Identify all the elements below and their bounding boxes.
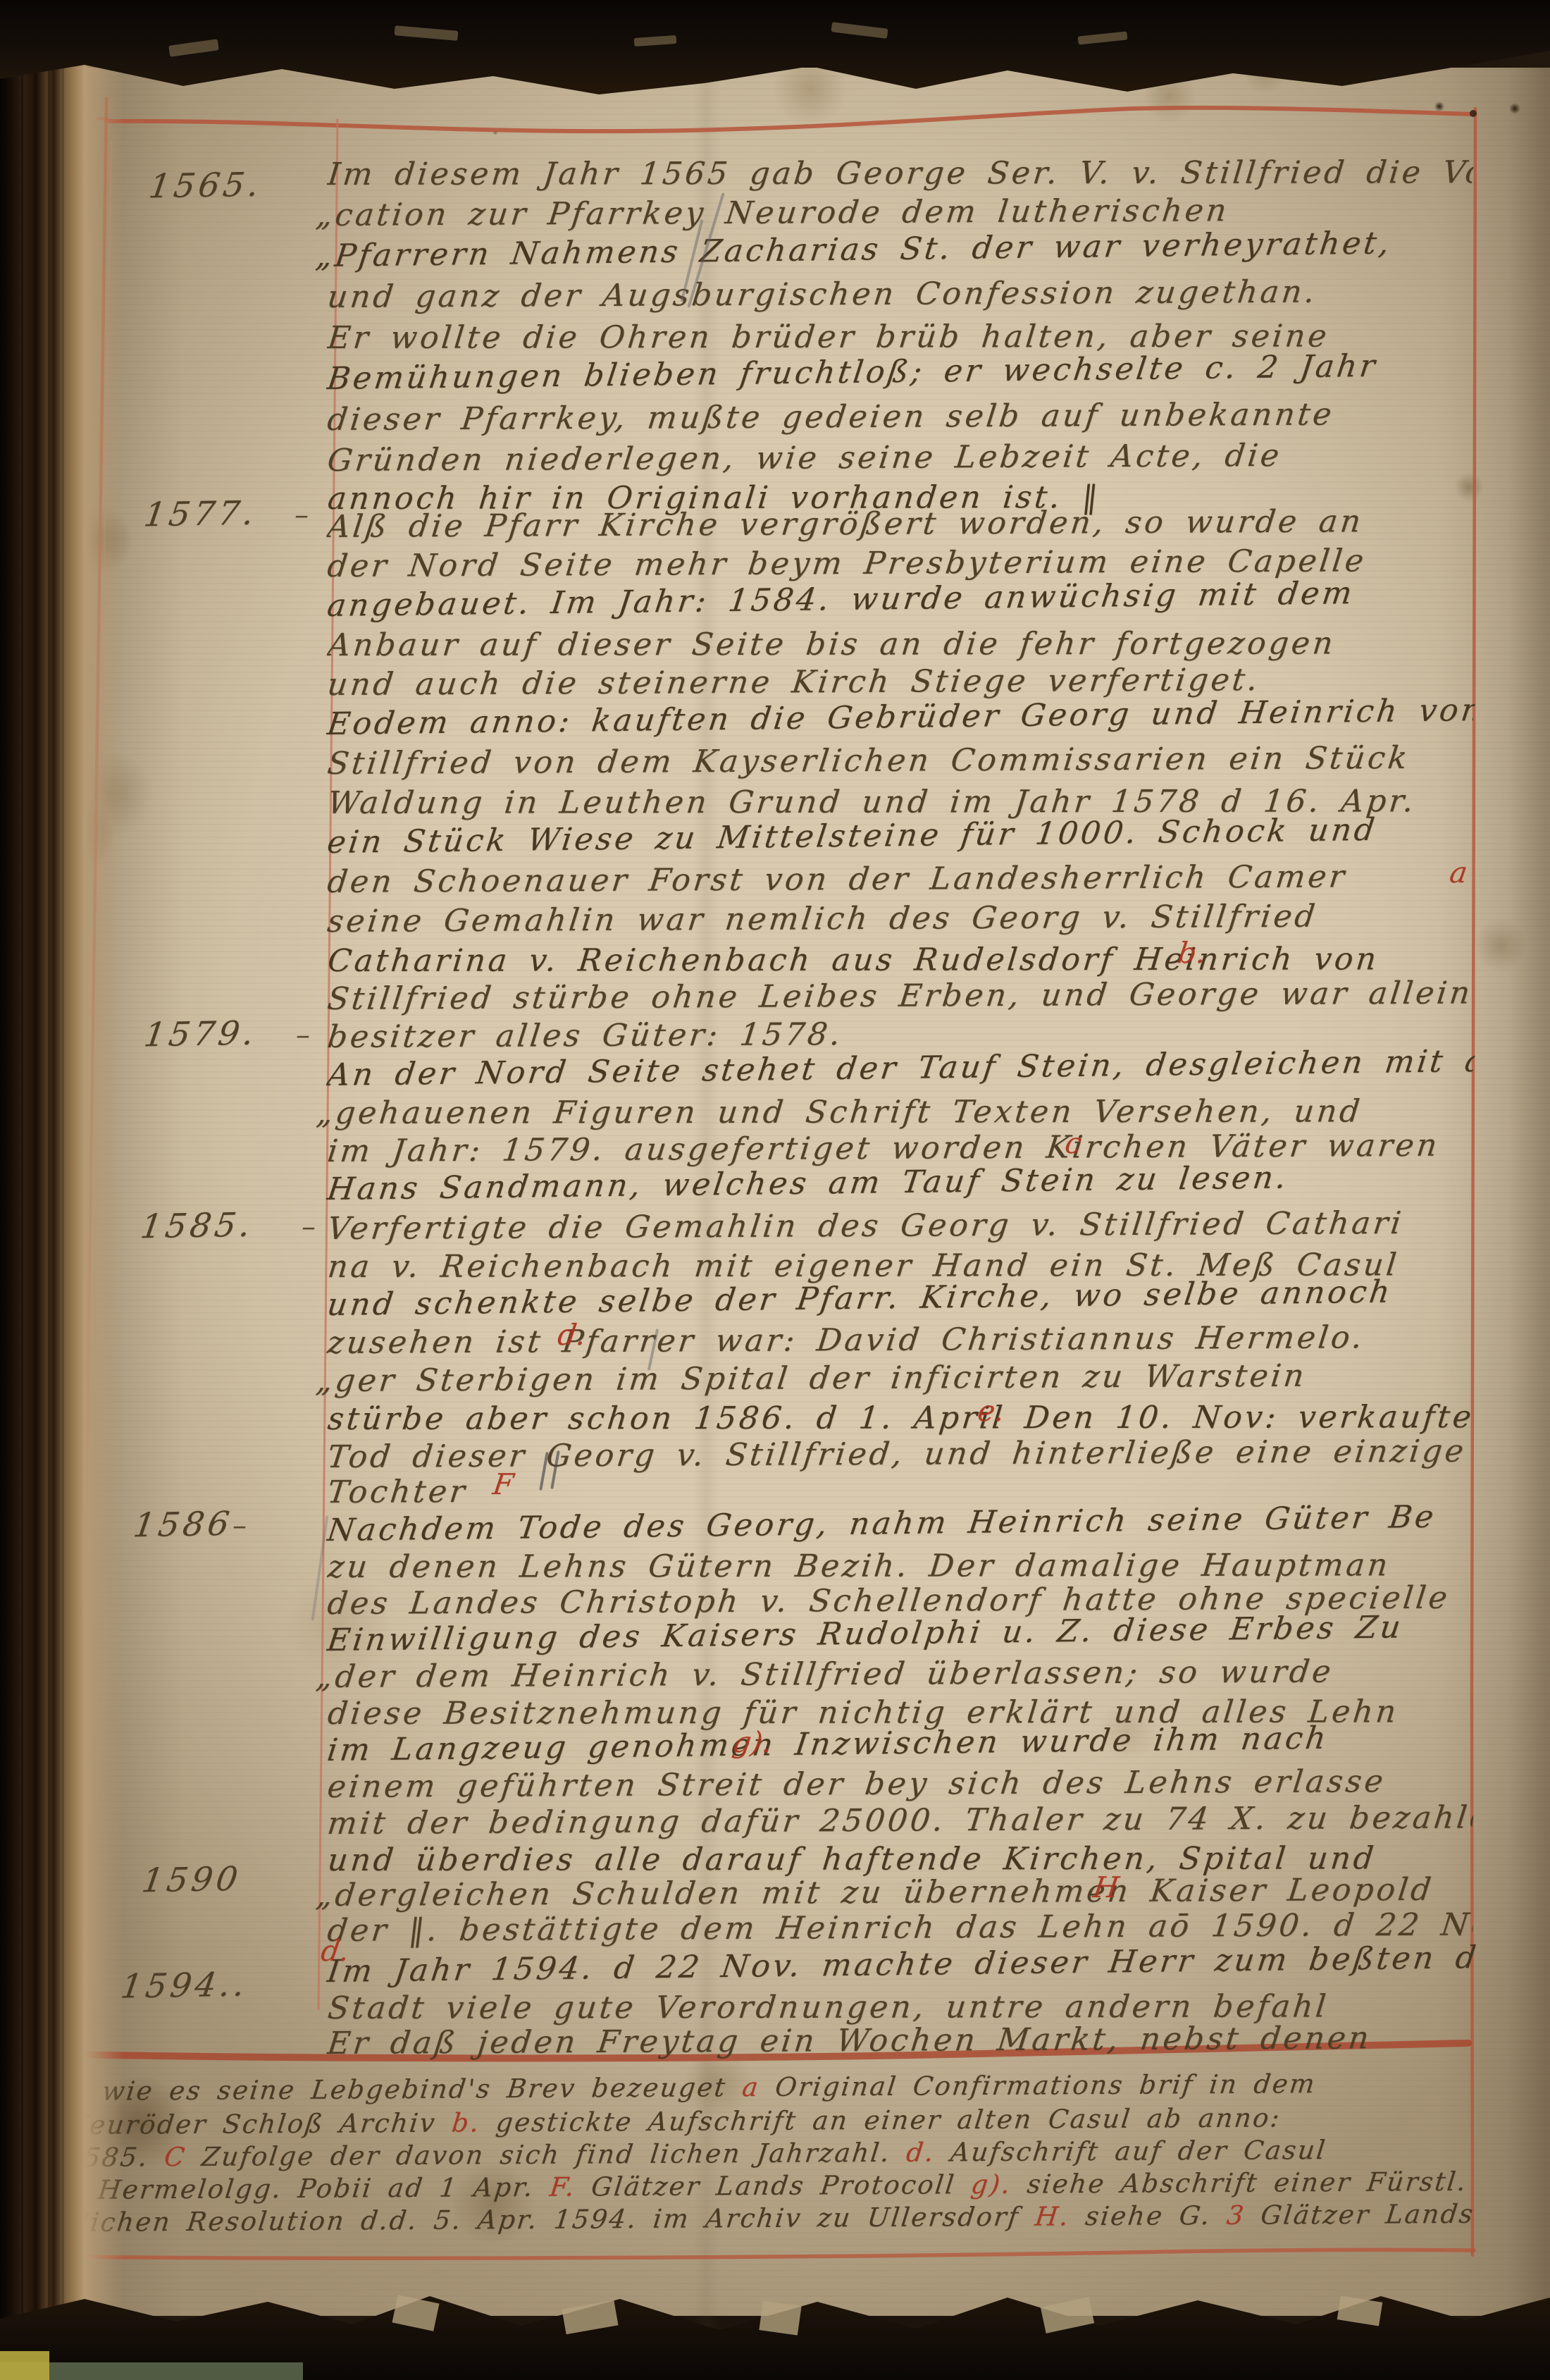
year-dash: – bbox=[296, 1019, 310, 1052]
manuscript-line: mit der bedingung dafür 25000. Thaler zu… bbox=[325, 1799, 1475, 1842]
red-reference-mark: H bbox=[1091, 1870, 1122, 1904]
footnote-text: Glätzer Lands Protocoll bbox=[1244, 2199, 1484, 2231]
outer-bottom-rule bbox=[66, 2250, 1474, 2258]
manuscript-line: zusehen ist Pfarrer war: David Christian… bbox=[325, 1319, 1367, 1361]
year-label: 1590 bbox=[139, 1860, 244, 1900]
manuscript-line: dieser Pfarrkey, mußte gedeien selb auf … bbox=[325, 397, 1337, 438]
footnote-red-letter: d. bbox=[905, 2137, 936, 2167]
red-reference-mark: d. bbox=[556, 1318, 588, 1352]
year-label: 1565. bbox=[147, 166, 265, 206]
footnote-text: Aufschrift auf der Casul bbox=[934, 2135, 1329, 2167]
footnote-red-letter: H. bbox=[1034, 2201, 1072, 2231]
footnote-text: gestickte Aufschrift an einer alten Casu… bbox=[478, 2102, 1282, 2138]
paper-shred bbox=[759, 2300, 801, 2335]
footnote-red-letter: g). bbox=[969, 2169, 1013, 2200]
manuscript-line: Im diesem Jahr 1565 gab George Ser. V. v… bbox=[326, 154, 1475, 192]
manuscript-line: den Schoenauer Forst von der Landesherrl… bbox=[325, 858, 1349, 900]
footnote-text: Original Confirmations brif in dem bbox=[758, 2068, 1318, 2102]
red-reference-mark: g). bbox=[731, 1725, 774, 1759]
year-label: 1577. bbox=[142, 494, 260, 535]
manuscript-line: „cation zur Pfarrkey Neurode dem lutheri… bbox=[314, 192, 1231, 233]
footnote-text: Zufolge der davon sich find lichen Jahrz… bbox=[185, 2138, 909, 2172]
year-label: 1585. bbox=[138, 1206, 256, 1247]
manuscript-line: Stillfried stürbe ohne Leibes Erben, und… bbox=[325, 975, 1475, 1017]
leather-fleck bbox=[634, 35, 677, 47]
frame-top-rule bbox=[106, 108, 1472, 131]
year-label: 1594.. bbox=[118, 1965, 251, 2006]
manuscript-line: besitzer alles Güter: 1578. bbox=[325, 1016, 845, 1055]
page-stack-line bbox=[21, 0, 23, 2380]
footnote-text: siehe Abschrift einer Fürstl. bbox=[1010, 2166, 1469, 2200]
year-label: 1586 bbox=[131, 1505, 235, 1545]
page-stack-line bbox=[34, 0, 36, 2380]
year-dash: – bbox=[302, 1211, 316, 1243]
red-reference-mark: b. bbox=[1176, 936, 1208, 970]
book-spine-edge bbox=[0, 0, 123, 2380]
manuscript-line: „ger Sterbigen im Spital der inficirten … bbox=[314, 1358, 1308, 1399]
manuscript-line: Catharina v. Reichenbach aus Rudelsdorf … bbox=[326, 941, 1381, 979]
frame-corner-dot bbox=[1470, 110, 1477, 117]
red-reference-mark: d. bbox=[319, 1934, 352, 1968]
manuscript-line: „der dem Heinrich v. Stillfried überlass… bbox=[314, 1653, 1335, 1695]
manuscript-line: „gehauenen Figuren und Schrift Texten Ve… bbox=[315, 1093, 1364, 1131]
leather-fleck bbox=[168, 39, 219, 57]
leather-fleck bbox=[1078, 31, 1128, 44]
year-label: 1579. bbox=[142, 1014, 260, 1055]
page-stack-line bbox=[62, 0, 64, 2380]
manuscript-photo: Im diesem Jahr 1565 gab George Ser. V. v… bbox=[0, 0, 1550, 2380]
manuscript-line: Alß die Pfarr Kirche vergrößert worden, … bbox=[325, 503, 1365, 545]
red-reference-mark: e. bbox=[976, 1394, 1007, 1428]
footnote-text: siehe G. bbox=[1068, 2200, 1229, 2231]
footnote-text: Hermelolgg. Pobii ad 1 Apr. bbox=[80, 2172, 552, 2205]
manuscript-line: Anbaur auf dieser Seite bis an die fehr … bbox=[326, 626, 1337, 663]
manuscript-line: seine Gemahlin war nemlich des Georg v. … bbox=[325, 899, 1320, 939]
manuscript-line: einem geführten Streit der bey sich des … bbox=[325, 1763, 1388, 1805]
bottom-left-corner-material bbox=[0, 2351, 49, 2380]
manuscript-line: zu denen Lehns Gütern Bezih. Der damalig… bbox=[326, 1547, 1392, 1585]
manuscript-line: Tochter bbox=[325, 1474, 469, 1510]
year-dash: – bbox=[294, 499, 309, 531]
manuscript-line: und ganz der Augsburgischen Confession z… bbox=[325, 274, 1320, 315]
leather-fleck bbox=[831, 22, 888, 39]
footnote-text: Glätzer Lands Protocoll bbox=[574, 2169, 973, 2202]
manuscript-line: Er daß jeden Freytag ein Wochen Markt, n… bbox=[325, 2020, 1373, 2061]
footnote-red-letter: F. bbox=[548, 2172, 578, 2202]
leather-fleck bbox=[395, 25, 459, 41]
year-dash: – bbox=[232, 1510, 247, 1542]
manuscript-line: Gründen niederlegen, wie seine Lebzeit A… bbox=[325, 438, 1284, 479]
footnote-text: wie es seine Lebgebind's Brev bezeuget bbox=[85, 2072, 744, 2107]
manuscript-line: Verfertigte die Gemahlin des Georg v. St… bbox=[325, 1205, 1406, 1247]
manuscript-line: stürbe aber schon 1586. d 1. April Den 1… bbox=[326, 1399, 1475, 1437]
footnote-red-letter: b. bbox=[450, 2107, 482, 2138]
page-stack-line bbox=[48, 0, 50, 2380]
manuscript-line: Stillfried von dem Kayserlichen Commissa… bbox=[325, 740, 1412, 782]
footnote-text: „lichen Resolution d.d. 5. Apr. 1594. im… bbox=[63, 2202, 1037, 2238]
